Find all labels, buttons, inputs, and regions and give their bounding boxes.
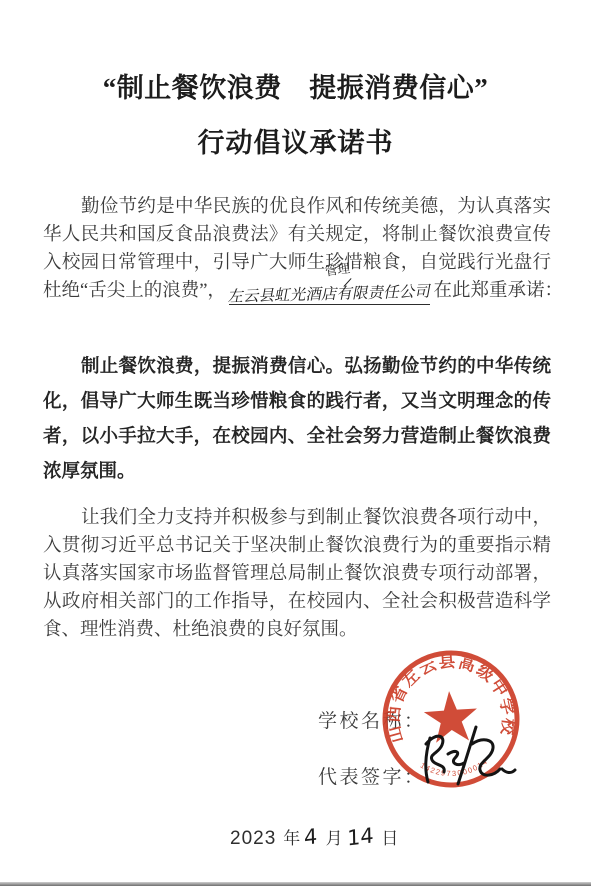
paragraph-line: 浓厚氛围。 bbox=[43, 453, 551, 488]
document-title-line2: 行动倡议承诺书 bbox=[0, 121, 591, 160]
date-year: 2023 bbox=[230, 828, 276, 850]
document-title-line1: “制止餐饮浪费 提振消费信心” bbox=[0, 66, 591, 105]
handwritten-organization-name: 左云县虹光酒店有限责任公司 bbox=[226, 280, 433, 307]
paragraph-line: 从政府相关部门的工作指导，在校园内、全社会积极营造科学饮 bbox=[43, 588, 551, 616]
handwritten-insertion-text: 管理 bbox=[324, 262, 350, 277]
paragraph-line: 入贯彻习近平总书记关于坚决制止餐饮浪费行为的重要指示精神， bbox=[43, 532, 551, 560]
date-month-handwritten: 4 bbox=[304, 824, 318, 850]
pledge-text-after-blank: 在此郑重承诺： bbox=[433, 277, 563, 305]
representative-signature-scribble bbox=[414, 722, 524, 797]
date-year-unit: 年 bbox=[283, 824, 300, 849]
paragraph-action: 让我们全力支持并积极参与到制止餐饮浪费各项行动中，深 入贯彻习近平总书记关于坚决… bbox=[43, 504, 551, 644]
scan-bottom-edge bbox=[0, 882, 591, 886]
handwritten-name-part2: 有限责任公司 bbox=[336, 282, 433, 302]
paragraph-commitment-bold: 制止餐饮浪费，提振消费信心。弘扬勤俭节约的中华传统文 化，倡导广大师生既当珍惜粮… bbox=[43, 348, 551, 488]
paragraph-line: 勤俭节约是中华民族的优良作风和传统美德，为认真落实《中 bbox=[43, 193, 551, 221]
document-date: 2023 年 4 月 14 日 bbox=[230, 824, 401, 850]
pledge-document-page: “制止餐饮浪费 提振消费信心” 行动倡议承诺书 勤俭节约是中华民族的优良作风和传… bbox=[0, 0, 591, 886]
paragraph-line: 认真落实国家市场监督管理总局制止餐饮浪费专项行动部署，服 bbox=[43, 560, 551, 588]
handwritten-name-part1: 左云县虹光酒店 bbox=[227, 285, 339, 306]
paragraph-line: 让我们全力支持并积极参与到制止餐饮浪费各项行动中，深 bbox=[43, 504, 551, 532]
paragraph-line-with-handwriting: 杜绝“舌尖上的浪费”， 左云县虹光酒店有限责任公司 管理 在此郑重承诺： bbox=[43, 277, 551, 305]
date-day-handwritten: 14 bbox=[347, 823, 374, 850]
date-day-unit: 日 bbox=[381, 824, 398, 849]
paragraph-line: 制止餐饮浪费，提振消费信心。弘扬勤俭节约的中华传统文 bbox=[43, 348, 551, 383]
paragraph-line: 华人民共和国反食品浪费法》有关规定，将制止餐饮浪费宣传融 bbox=[43, 221, 551, 249]
paragraph-opening: 勤俭节约是中华民族的优良作风和传统美德，为认真落实《中 华人民共和国反食品浪费法… bbox=[43, 193, 551, 305]
paragraph-line: 化，倡导广大师生既当珍惜粮食的践行者，又当文明理念的传播 bbox=[43, 383, 551, 418]
filled-blank-underline: 左云县虹光酒店有限责任公司 管理 bbox=[229, 280, 431, 305]
paragraph-line: 者，以小手拉大手，在校园内、全社会努力营造制止餐饮浪费的 bbox=[43, 418, 551, 453]
pledge-text-before-blank: 杜绝“舌尖上的浪费”， bbox=[43, 277, 226, 305]
paragraph-line: 入校园日常管理中，引导广大师生珍惜粮食，自觉践行光盘行动， bbox=[43, 249, 551, 277]
date-month-unit: 月 bbox=[326, 824, 343, 849]
